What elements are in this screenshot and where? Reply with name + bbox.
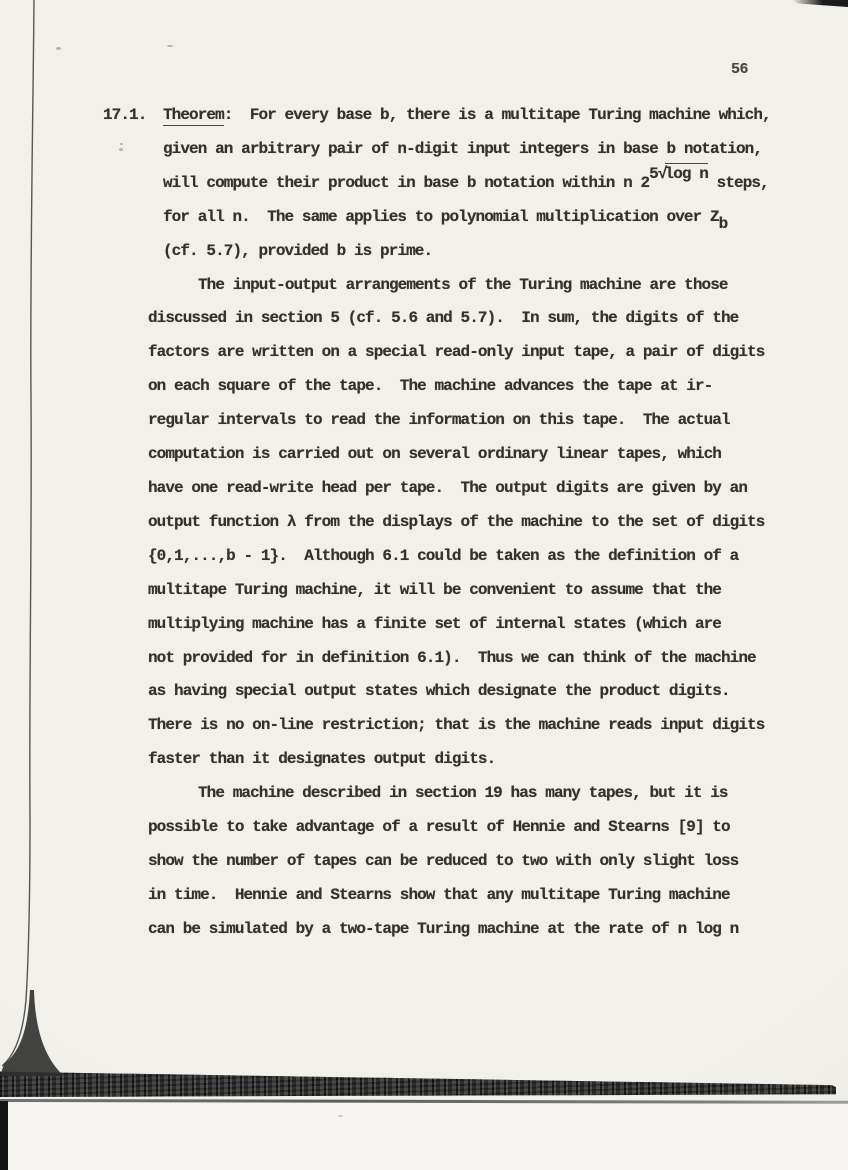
- text-line: possible to take advantage of a result o…: [148, 811, 771, 845]
- text-line: faster than it designates output digits.: [148, 743, 771, 777]
- text-line: not provided for in definition 6.1). Thu…: [148, 642, 771, 676]
- text-line: for all n. The same applies to polynomia…: [163, 201, 771, 235]
- text-line: in time. Hennie and Stearns show that an…: [148, 879, 771, 913]
- text-line: The machine described in section 19 has …: [148, 777, 771, 811]
- text-line: output function λ from the displays of t…: [148, 506, 771, 540]
- exponent-coefficient: 5: [649, 165, 658, 183]
- theorem-heading: Theorem: [163, 106, 224, 126]
- text-line: on each square of the tape. The machine …: [148, 370, 771, 404]
- text-line: have one read-write head per tape. The o…: [148, 472, 771, 506]
- text-line: show the number of tapes can be reduced …: [148, 845, 771, 879]
- text-line: will compute their product in base b not…: [163, 167, 771, 201]
- text-line: discussed in section 5 (cf. 5.6 and 5.7)…: [148, 302, 771, 336]
- formula-superscript: 5√log n: [649, 165, 708, 183]
- text-line: There is no on-line restriction; that is…: [148, 709, 771, 743]
- text-line: as having special output states which de…: [148, 675, 771, 709]
- text-line: can be simulated by a two-tape Turing ma…: [148, 913, 771, 947]
- text-run: : For every base b, there is a multitape…: [224, 106, 771, 124]
- text-line: regular intervals to read the informatio…: [148, 404, 771, 438]
- text-run: for all n. The same applies to polynomia…: [163, 208, 719, 226]
- text-line: multiplying machine has a finite set of …: [148, 608, 771, 642]
- text-line: multitape Turing machine, it will be con…: [148, 574, 771, 608]
- text-line: given an arbitrary pair of n-digit input…: [163, 133, 771, 167]
- paper-speck: [167, 45, 173, 47]
- formula-subscript: b: [719, 215, 728, 233]
- text-line: The input-output arrangements of the Tur…: [148, 269, 771, 303]
- text-line: computation is carried out on several or…: [148, 438, 771, 472]
- paper-speck: [56, 47, 61, 50]
- radicand: log n: [665, 163, 708, 183]
- paragraph-2: The input-output arrangements of the Tur…: [148, 269, 771, 778]
- text-line: Theorem: For every base b, there is a mu…: [163, 99, 771, 133]
- page-number: 56: [731, 61, 748, 78]
- paragraph-3: The machine described in section 19 has …: [148, 777, 771, 947]
- scanner-corner-mark: [0, 1101, 8, 1170]
- theorem-section-number: 17.1.: [103, 99, 146, 133]
- text-run: will compute their product in base b not…: [163, 174, 649, 192]
- scanned-page: 56 17.1. Theorem: For every base b, ther…: [0, 0, 848, 1170]
- text-line: {0,1,...,b - 1}. Although 6.1 could be t…: [148, 540, 771, 574]
- text-line: (cf. 5.7), provided b is prime.: [163, 235, 771, 269]
- text-run: steps,: [708, 174, 769, 192]
- text-line: factors are written on a special read-on…: [148, 336, 771, 370]
- theorem-block: 17.1. Theorem: For every base b, there i…: [163, 99, 771, 269]
- paper-speck: [338, 1115, 343, 1117]
- page-content: 17.1. Theorem: For every base b, there i…: [0, 99, 771, 947]
